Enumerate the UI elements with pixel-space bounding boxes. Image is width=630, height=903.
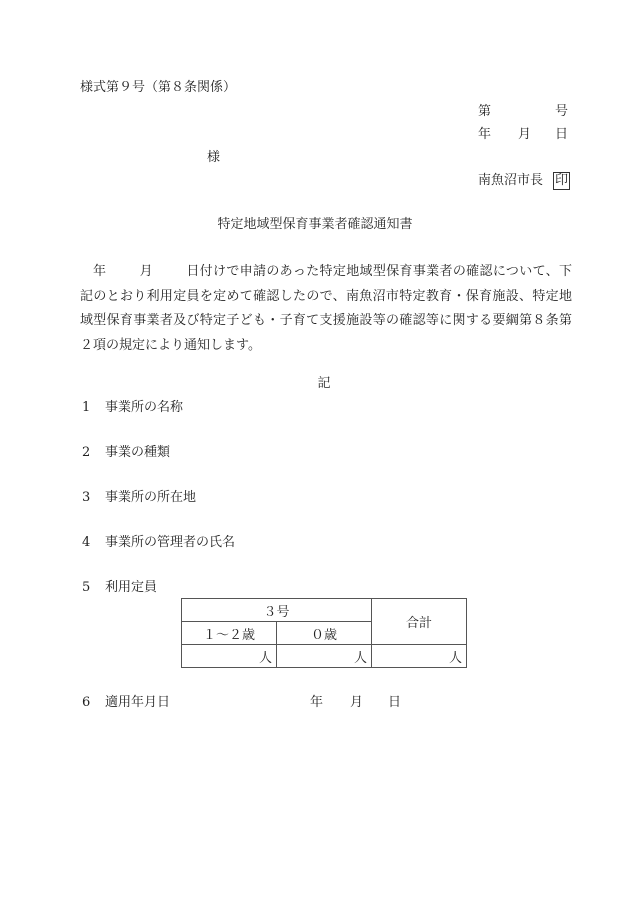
age-1-2-header: １～２歳 <box>182 622 277 645</box>
body-paragraph: 年月日付けで申請のあった特定地域型保育事業者の確認について、下記のとおり利用定員… <box>80 260 572 358</box>
ki-heading: 記 <box>0 376 630 392</box>
item-6-label: 適用年月日 <box>105 695 170 711</box>
body-year: 年 <box>93 264 106 279</box>
issuer-line: 南魚沼市長印 <box>478 172 570 190</box>
item-5-num: 5 <box>82 580 90 596</box>
effective-day: 日 <box>388 695 401 711</box>
item-3-label: 事業所の所在地 <box>105 490 196 506</box>
date-day: 日 <box>555 127 568 143</box>
number-prefix: 第 <box>478 104 491 120</box>
date-year: 年 <box>478 127 491 143</box>
item-5-label: 利用定員 <box>105 580 157 596</box>
body-text: 日付けで申請のあった特定地域型保育事業者の確認について、下記のとおり利用定員を定… <box>80 264 572 353</box>
item-1-num: 1 <box>82 400 90 416</box>
issuer-name: 南魚沼市長 <box>478 173 543 188</box>
body-month: 月 <box>139 264 153 279</box>
addressee-suffix: 様 <box>207 150 220 166</box>
item-4-label: 事業所の管理者の氏名 <box>105 535 235 551</box>
item-1-label: 事業所の名称 <box>105 400 183 416</box>
item-3-num: 3 <box>82 490 90 506</box>
effective-year: 年 <box>310 695 323 711</box>
effective-month: 月 <box>350 695 363 711</box>
capacity-table: ３号 合計 １～２歳 ０歳 人 人 人 <box>181 598 467 668</box>
age-0-value: 人 <box>277 645 372 668</box>
document-title: 特定地域型保育事業者確認通知書 <box>0 217 630 233</box>
age-0-header: ０歳 <box>277 622 372 645</box>
item-6-num: 6 <box>82 695 90 711</box>
item-2-num: 2 <box>82 445 90 461</box>
seal-mark: 印 <box>553 172 570 190</box>
date-month: 月 <box>518 127 531 143</box>
form-number: 様式第９号（第８条関係） <box>80 80 236 96</box>
number-suffix: 号 <box>555 104 568 120</box>
item-4-num: 4 <box>82 535 90 551</box>
total-value: 人 <box>372 645 467 668</box>
age-1-2-value: 人 <box>182 645 277 668</box>
total-header-cell: 合計 <box>372 599 467 645</box>
group-header-cell: ３号 <box>182 599 372 622</box>
item-2-label: 事業の種類 <box>105 445 170 461</box>
